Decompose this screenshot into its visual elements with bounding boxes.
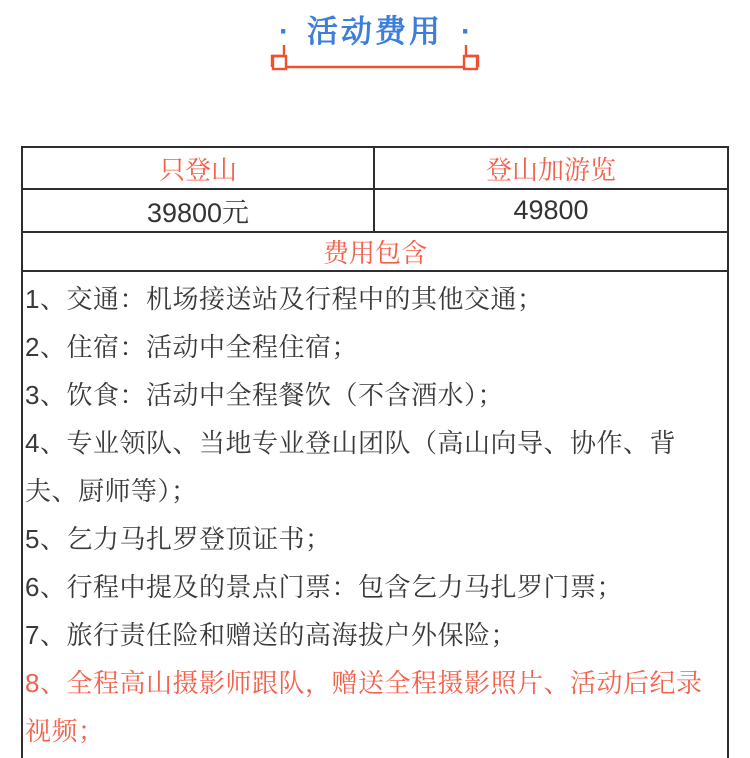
list-item: 1、交通：机场接送站及行程中的其他交通；: [25, 275, 715, 323]
list-item: 6、行程中提及的景点门票：包含乞力马扎罗门票；: [25, 563, 715, 611]
table-price-row: 39800元 49800: [23, 190, 727, 233]
header-cell-climb-plus-tour: 登山加游览: [375, 148, 727, 188]
list-item: 5、乞力马扎罗登顶证书；: [25, 515, 715, 563]
header-cell-climb-only: 只登山: [23, 148, 375, 188]
price-table: 只登山 登山加游览 39800元 49800 费用包含 1、交通：机场接送站及行…: [21, 146, 729, 758]
list-item: 2、住宿：活动中全程住宿；: [25, 323, 715, 371]
included-items-list: 1、交通：机场接送站及行程中的其他交通； 2、住宿：活动中全程住宿； 3、饮食：…: [23, 272, 727, 758]
table-header-row: 只登山 登山加游览: [23, 148, 727, 190]
title-ornament: [257, 38, 493, 83]
list-item: 7、旅行责任险和赠送的高海拔户外保险；: [25, 611, 715, 659]
section-header-fees-included: 费用包含: [23, 233, 727, 272]
price-cell-climb-plus-tour: 49800: [375, 190, 727, 231]
price-cell-climb-only: 39800元: [23, 190, 375, 231]
list-item: 4、专业领队、当地专业登山团队（高山向导、协作、背夫、厨师等）；: [25, 419, 715, 515]
list-item-highlighted: 8、全程高山摄影师跟队，赠送全程摄影照片、活动后纪录视频；: [25, 659, 715, 755]
list-item: 3、饮食：活动中全程餐饮（不含酒水）；: [25, 371, 715, 419]
page: · 活动费用 · 只登山 登山加游览: [0, 0, 750, 758]
ornament-line-icon: [257, 38, 493, 78]
